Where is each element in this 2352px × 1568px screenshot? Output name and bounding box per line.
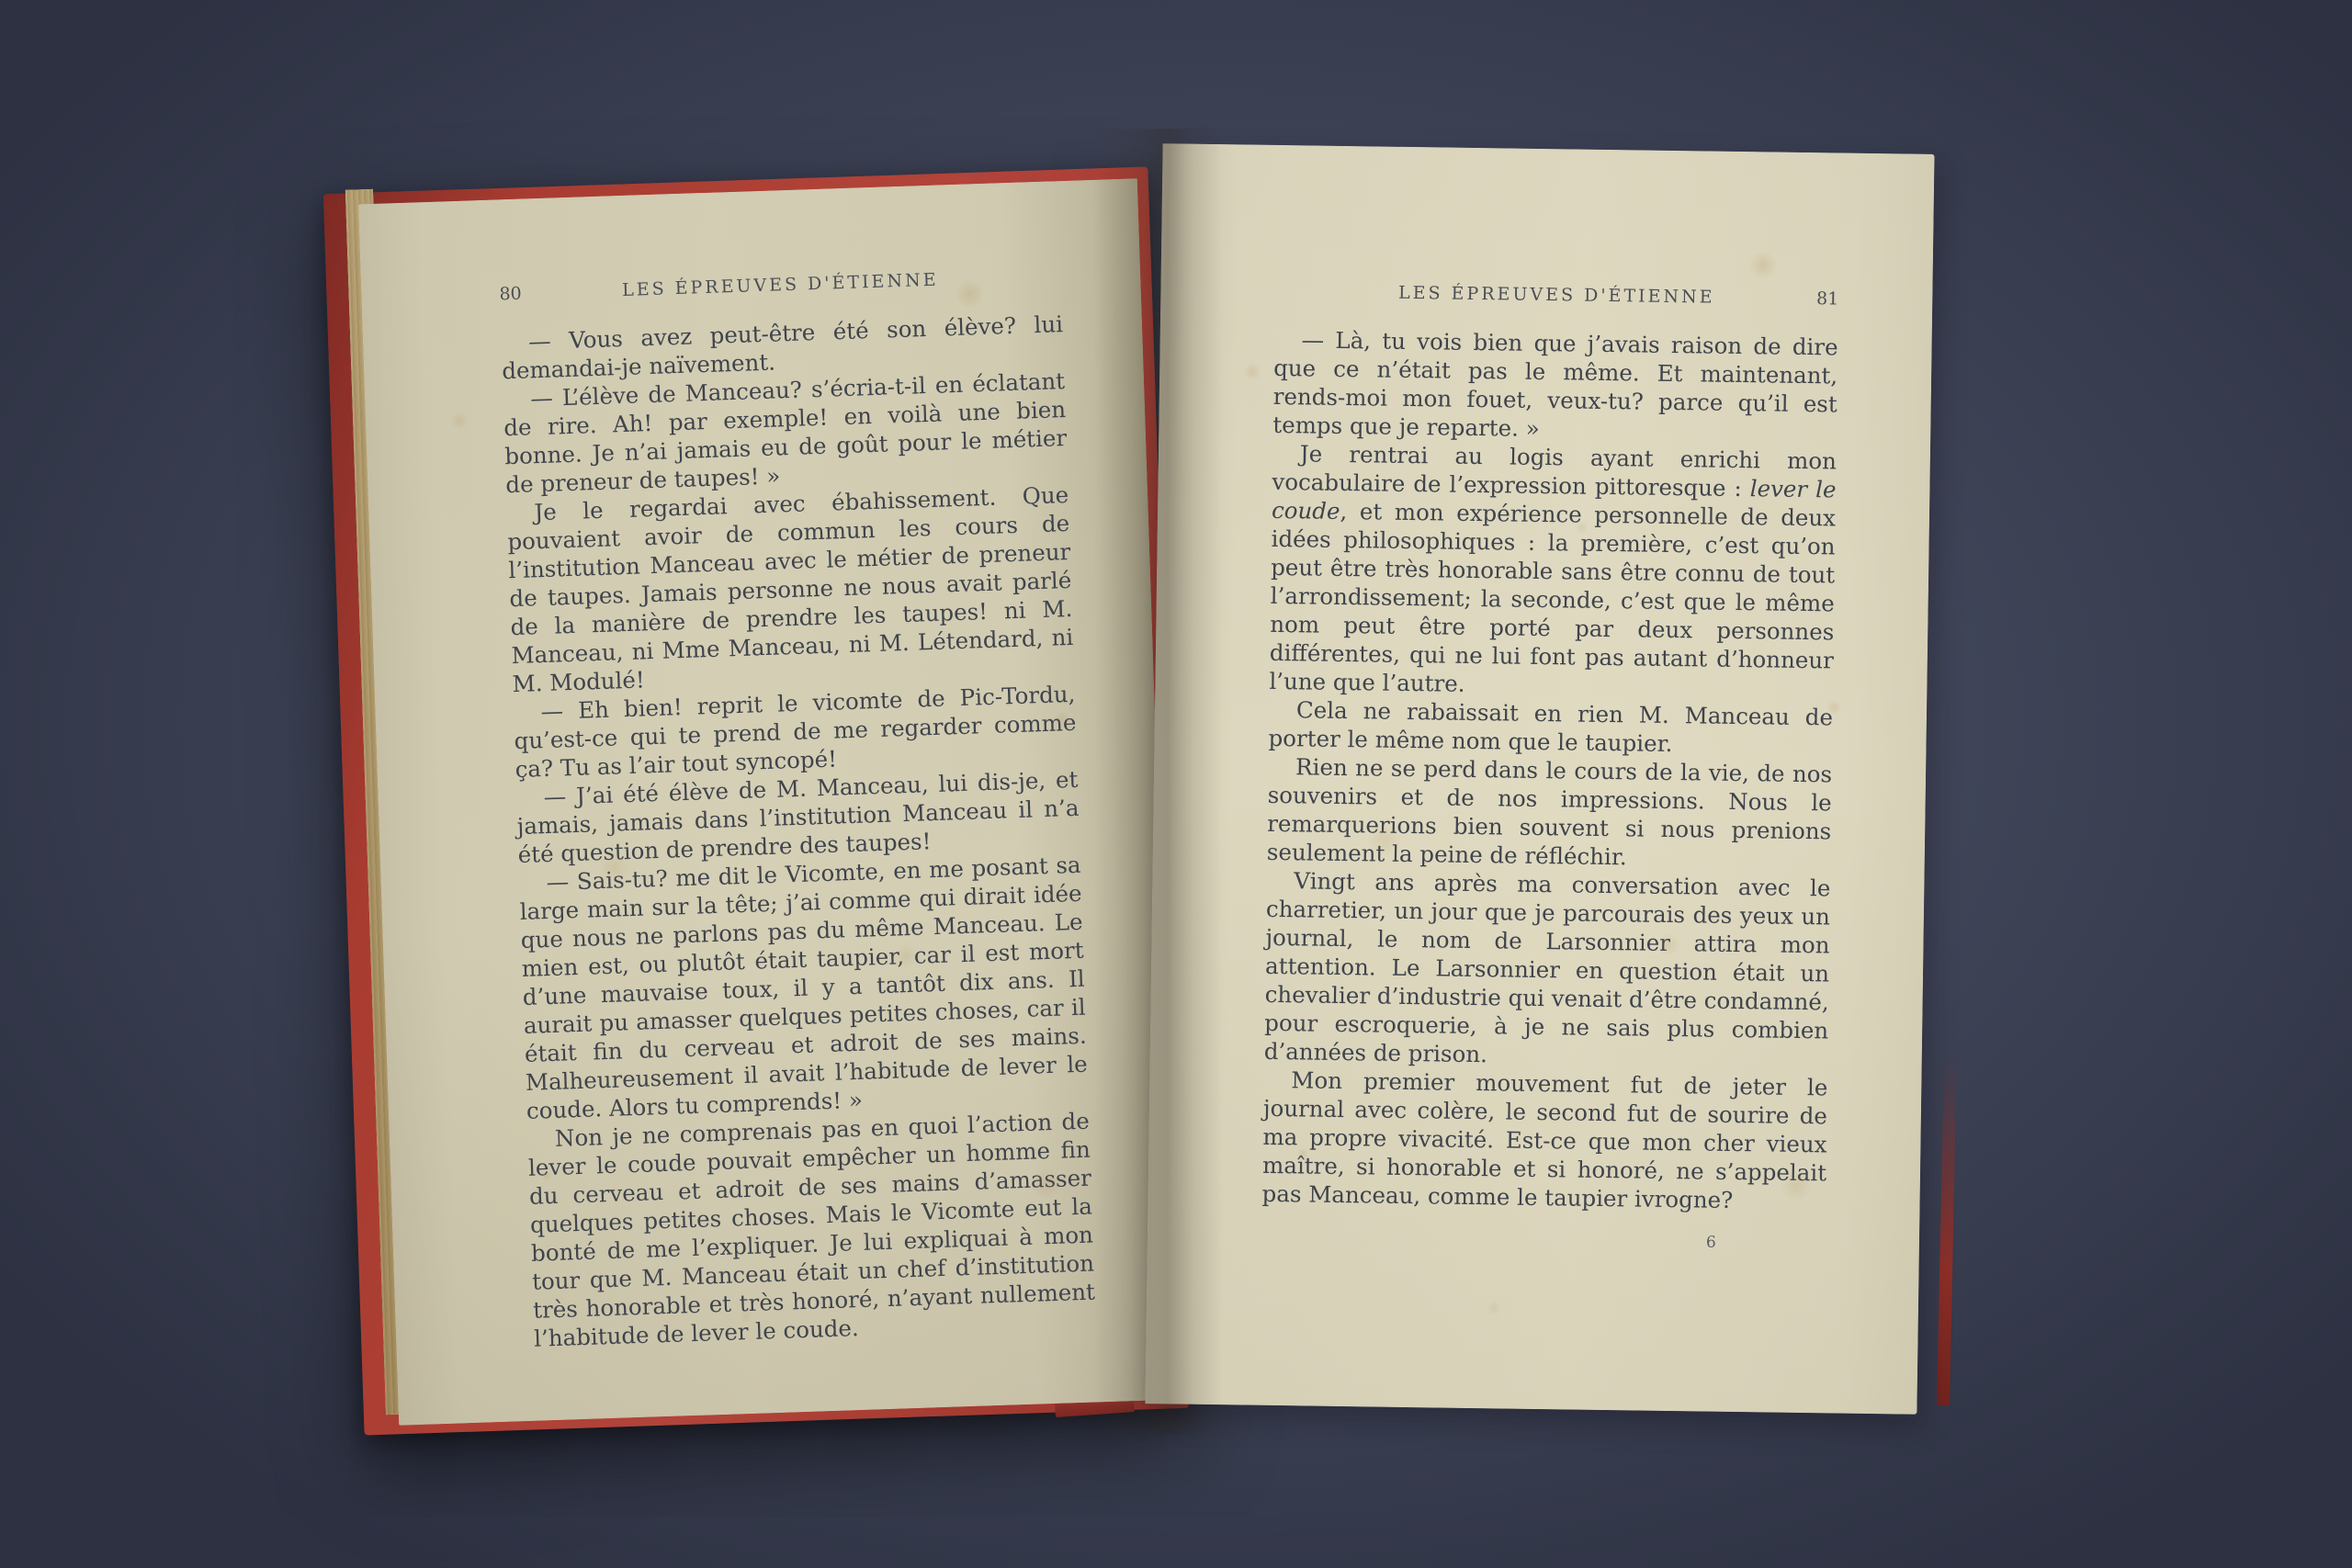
right-running-title: LES ÉPREUVES D'ÉTIENNE	[1329, 282, 1783, 309]
open-book: 80 LES ÉPREUVES D'ÉTIENNE — Vous avez pe…	[0, 0, 2352, 1568]
paragraph: Rien ne se perd dans le cours de la vie,…	[1267, 752, 1833, 874]
left-page-header: 80 LES ÉPREUVES D'ÉTIENNE	[499, 265, 1061, 304]
paragraph: — L’élève de Manceau? s’écria-t-il en éc…	[503, 367, 1069, 499]
left-header-spacer	[1006, 281, 1061, 283]
right-page: LES ÉPREUVES D'ÉTIENNE 81 — Là, tu vois …	[1145, 143, 1934, 1415]
paragraph: Vingt ans après ma conversation avec le …	[1264, 866, 1831, 1074]
paragraph: — Là, tu vois bien que j’avais raison de…	[1272, 325, 1838, 447]
paragraph: Je le regardai avec ébahissement. Que po…	[506, 480, 1075, 698]
cover-sliver-right	[1937, 1056, 1957, 1405]
paragraph: Cela ne rabaissait en rien M. Manceau de…	[1268, 695, 1833, 761]
left-text-block: — Vous avez peut-être été son élève? lui…	[501, 310, 1097, 1353]
right-page-number: 81	[1783, 288, 1838, 310]
left-running-title: LES ÉPREUVES D'ÉTIENNE	[554, 267, 1006, 302]
paragraph: — Sais-tu? me dit le Vicomte, en me posa…	[518, 851, 1089, 1125]
right-header-spacer	[1274, 297, 1329, 298]
photo-backdrop: 80 LES ÉPREUVES D'ÉTIENNE — Vous avez pe…	[0, 0, 2352, 1568]
right-page-header: LES ÉPREUVES D'ÉTIENNE 81	[1274, 281, 1838, 310]
left-page: 80 LES ÉPREUVES D'ÉTIENNE — Vous avez pe…	[358, 178, 1178, 1425]
paragraph: Je rentrai au logis ayant enrichi mon vo…	[1269, 439, 1837, 704]
paragraph: Non je ne comprenais pas en quoi l’actio…	[527, 1107, 1097, 1353]
signature-mark: 6	[1706, 1234, 1716, 1252]
paragraph: Mon premier mouvement fut de jeter le jo…	[1261, 1066, 1827, 1216]
right-text-block: — Là, tu vois bien que j’avais raison de…	[1261, 325, 1837, 1215]
paragraph-segment: , et mon expérience personnelle de deux …	[1269, 498, 1836, 697]
left-page-number: 80	[499, 282, 555, 304]
